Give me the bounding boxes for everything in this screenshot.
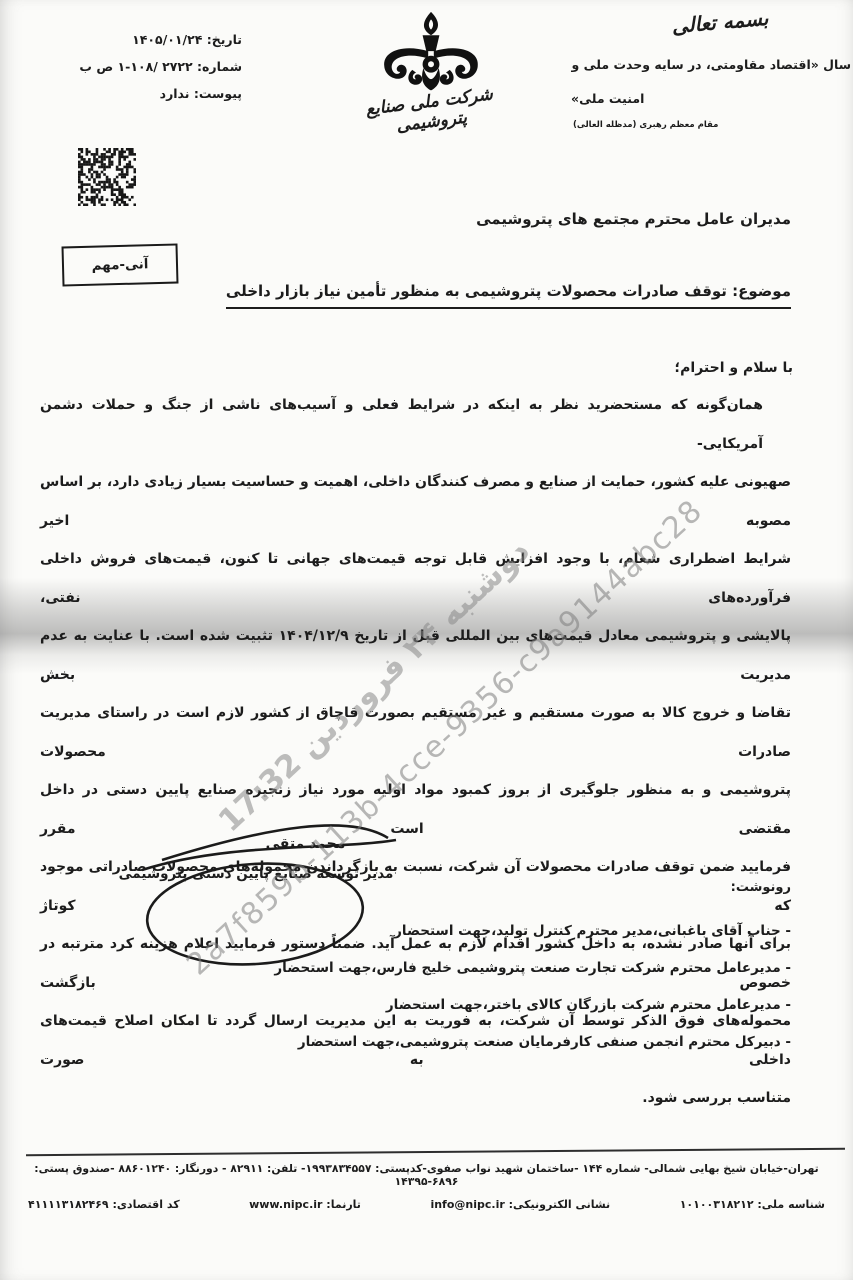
website: تارنما: www.nipc.ir — [249, 1198, 361, 1211]
letter-attachment: پیوست: ندارد — [42, 80, 242, 107]
cc-item: - مدیرعامل محترم شرکت بازرگان کالای باخت… — [191, 987, 791, 1024]
body-line: متناسب بررسی شود. — [40, 1079, 791, 1118]
body-line: صهیونی علیه کشور، حمایت از صنایع و مصرف … — [40, 463, 791, 540]
letter-number: شماره: ۲۷۲۲ /۱۰۸-۱ ص ب — [42, 53, 242, 80]
nipc-logo: شرکت ملی صنایع پتروشیمی — [338, 10, 523, 132]
letter-date: تاریخ: ۱۴۰۵/۰۱/۲۴ — [42, 26, 242, 53]
slogan-attribution: مقام معظم رهبری (مدظله العالی) — [565, 116, 851, 134]
economic-code: کد اقتصادی: ۴۱۱۱۱۳۱۸۲۴۶۹ — [28, 1198, 180, 1211]
footer-divider — [26, 1148, 845, 1156]
priority-stamp: آنی-مهم — [61, 243, 178, 286]
addressee: مدیران عامل محترم مجتمع های پتروشیمی — [476, 210, 791, 228]
scanned-letter-page: تاریخ: ۱۴۰۵/۰۱/۲۴ شماره: ۲۷۲۲ /۱۰۸-۱ ص ب… — [0, 0, 853, 1280]
body-line: شرایط اضطراری شعام، با وجود افزایش قابل … — [40, 540, 791, 617]
salutation: با سلام و احترام؛ — [675, 360, 793, 376]
torch-emblem-icon — [372, 10, 490, 96]
national-id: شناسه ملی: ۱۰۱۰۰۳۱۸۲۱۲ — [680, 1198, 825, 1211]
body-line: پالایشی و پتروشیمی معادل قیمت‌های بین ال… — [40, 617, 791, 694]
cc-item: - دبیرکل محترم انجمن صنفی کارفرمایان صنع… — [191, 1024, 791, 1061]
slogan-line-1: سال «اقتصاد مقاومتی، در سایه وحدت ملی و — [565, 48, 851, 82]
handwritten-signature-icon — [100, 812, 410, 981]
slogan-line-2: امنیت ملی» — [565, 82, 851, 116]
priority-stamp-label: آنی-مهم — [91, 256, 148, 273]
subject-line: موضوع: توقف صادرات محصولات پتروشیمی به م… — [226, 282, 791, 309]
body-line: تقاضا و خروج کالا به صورت مستقیم و غیر م… — [40, 694, 791, 771]
year-slogan: سال «اقتصاد مقاومتی، در سایه وحدت ملی و … — [565, 48, 851, 134]
footer-contact-row: شناسه ملی: ۱۰۱۰۰۳۱۸۲۱۲ نشانی الکترونیکی:… — [28, 1198, 825, 1211]
body-line: همان‌گونه که مستحضرید نظر به اینکه در شر… — [40, 386, 791, 463]
bismillah-calligraphy: بسمه تعالی — [644, 4, 796, 41]
letter-meta: تاریخ: ۱۴۰۵/۰۱/۲۴ شماره: ۲۷۲۲ /۱۰۸-۱ ص ب… — [42, 26, 242, 107]
footer-address: تهران-خیابان شیخ بهایی شمالی- شماره ۱۴۴ … — [16, 1162, 837, 1188]
qr-code — [78, 148, 136, 206]
email: نشانی الکترونیکی: info@nipc.ir — [430, 1198, 610, 1211]
